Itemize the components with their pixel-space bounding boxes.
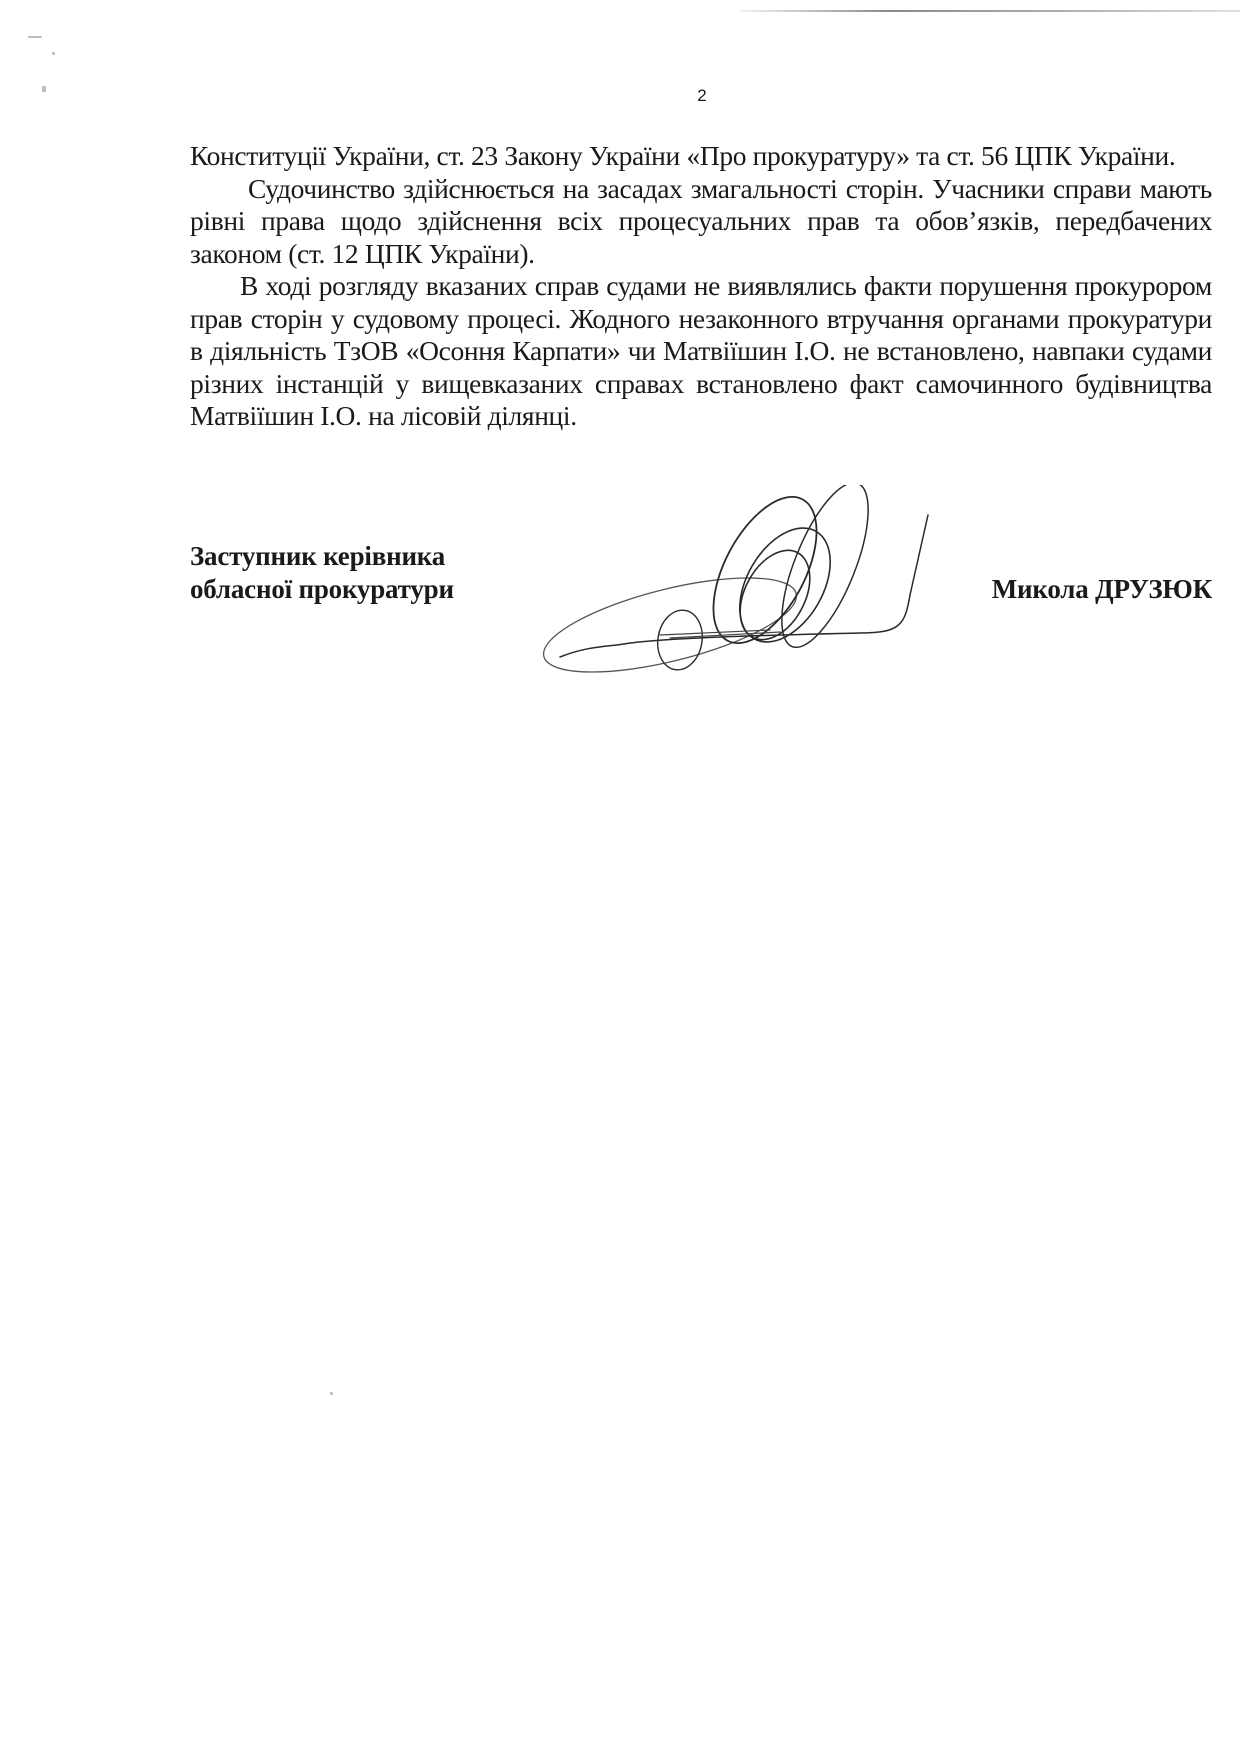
scan-artifact-line	[740, 10, 1240, 12]
signer-position-line2: обласної прокуратури	[190, 573, 454, 606]
scan-artifact-speck	[330, 1392, 333, 1395]
paragraph-court-findings: В ході розгляду вказаних справ судами не…	[190, 270, 1212, 433]
scan-artifact-speck	[52, 52, 55, 55]
document-body: Конституції України, ст. 23 Закону Украї…	[190, 140, 1212, 433]
scan-artifact-speck	[28, 36, 42, 38]
paragraph-adversarial-principle: Судочинство здійснюється на засадах змаг…	[190, 173, 1212, 271]
page-number: 2	[0, 86, 1254, 106]
signer-position-line1: Заступник керівника	[190, 540, 454, 573]
signer-position: Заступник керівника обласної прокуратури	[190, 540, 454, 606]
handwritten-signature-icon	[530, 485, 950, 685]
paragraph-continuation: Конституції України, ст. 23 Закону Украї…	[190, 140, 1212, 173]
signer-name: Микола ДРУЗЮК	[992, 573, 1212, 606]
